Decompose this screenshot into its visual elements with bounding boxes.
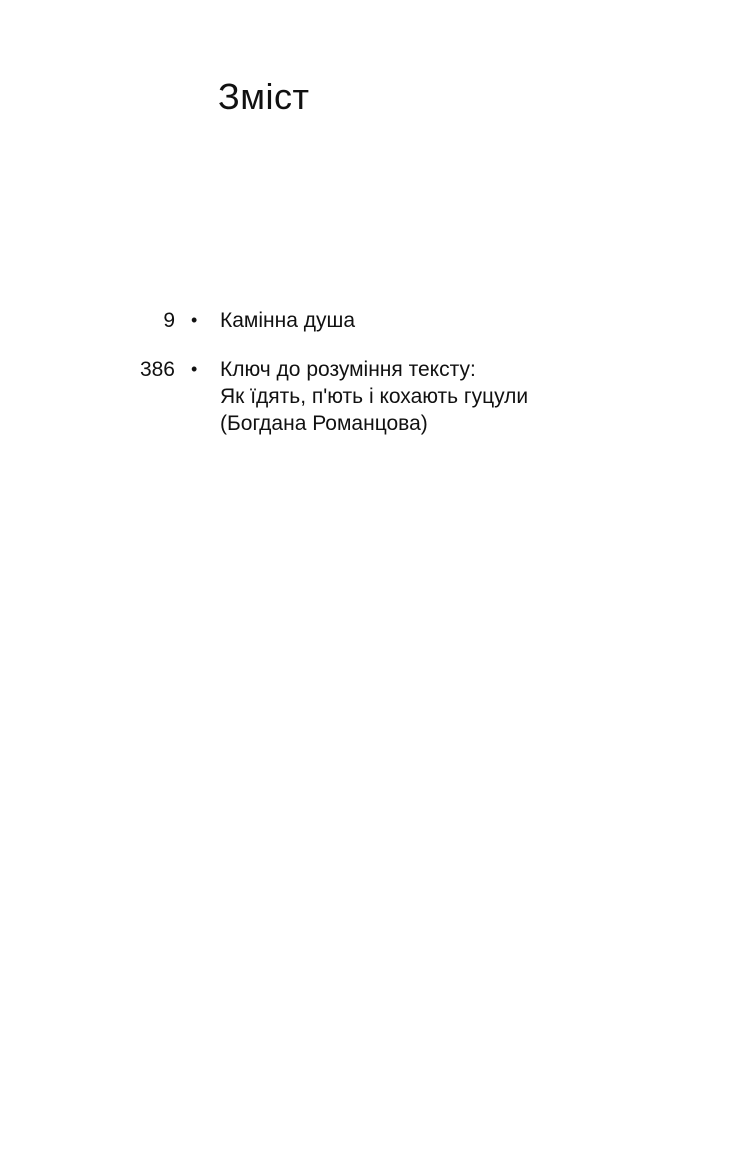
toc-entry-title: Камінна душа (220, 307, 750, 334)
toc-page-number: 9 (163, 307, 175, 334)
toc-entry[interactable]: 386 • Ключ до розуміння тексту: Як їдять… (0, 356, 750, 437)
bullet-icon: • (191, 307, 197, 334)
toc-entry[interactable]: 9 • Камінна душа (0, 307, 750, 334)
table-of-contents: 9 • Камінна душа 386 • Ключ до розуміння… (0, 307, 750, 459)
page-title: Зміст (218, 76, 309, 118)
toc-entry-title: Ключ до розуміння тексту: Як їдять, п'ют… (220, 356, 750, 437)
bullet-icon: • (191, 356, 197, 383)
toc-page-number: 386 (140, 356, 175, 383)
